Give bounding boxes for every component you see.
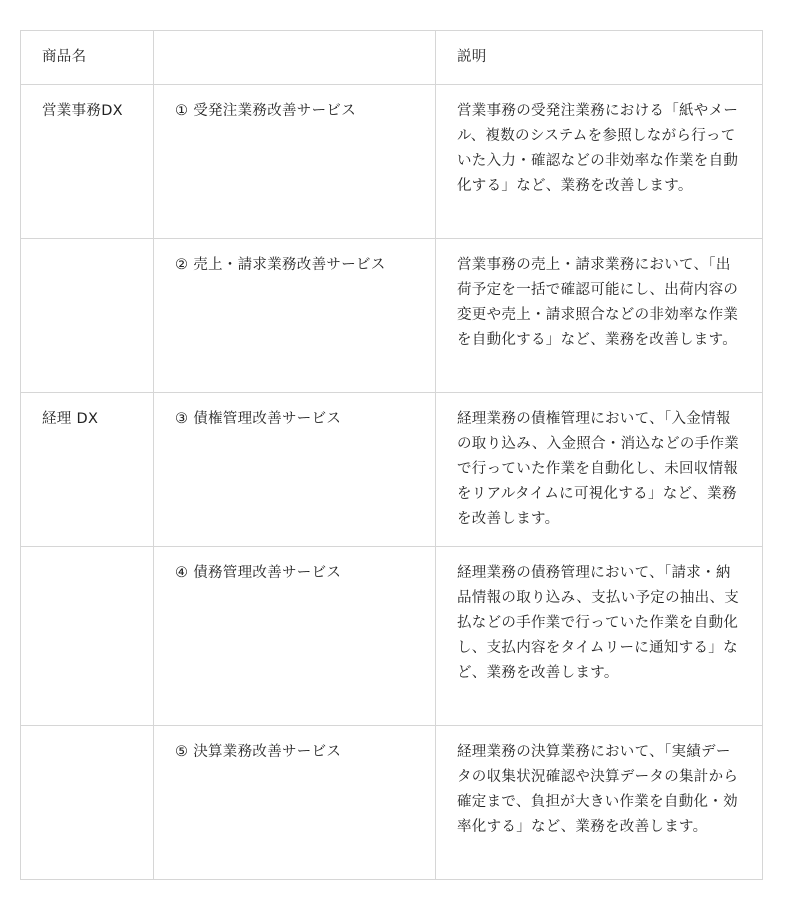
cell-service: ④ 債務管理改善サービス	[154, 547, 436, 726]
table-row: ② 売上・請求業務改善サービス 営業事務の売上・請求業務において、「出荷予定を一…	[21, 239, 763, 393]
table-row: 経理 DX ③ 債権管理改善サービス 経理業務の債権管理において、「入金情報の取…	[21, 393, 763, 547]
cell-product-name: 営業事務DX	[21, 85, 154, 239]
header-service	[154, 31, 436, 85]
cell-service: ② 売上・請求業務改善サービス	[154, 239, 436, 393]
table-row: ④ 債務管理改善サービス 経理業務の債務管理において、「請求・納品情報の取り込み…	[21, 547, 763, 726]
cell-service: ① 受発注業務改善サービス	[154, 85, 436, 239]
cell-product-name	[21, 239, 154, 393]
header-product-name: 商品名	[21, 31, 154, 85]
cell-description: 営業事務の受発注業務における「紙やメール、複数のシステムを参照しながら行っていた…	[436, 85, 763, 239]
product-service-table: 商品名 説明 営業事務DX ① 受発注業務改善サービス 営業事務の受発注業務にお…	[20, 30, 763, 880]
cell-product-name	[21, 547, 154, 726]
cell-description: 経理業務の決算業務において、「実績データの収集状況確認や決算データの集計から確定…	[436, 726, 763, 880]
cell-description: 営業事務の売上・請求業務において、「出荷予定を一括で確認可能にし、出荷内容の変更…	[436, 239, 763, 393]
table-body: 営業事務DX ① 受発注業務改善サービス 営業事務の受発注業務における「紙やメー…	[21, 85, 763, 880]
table-row: ⑤ 決算業務改善サービス 経理業務の決算業務において、「実績データの収集状況確認…	[21, 726, 763, 880]
header-row: 商品名 説明	[21, 31, 763, 85]
cell-description: 経理業務の債権管理において、「入金情報の取り込み、入金照合・消込などの手作業で行…	[436, 393, 763, 547]
cell-product-name: 経理 DX	[21, 393, 154, 547]
cell-product-name	[21, 726, 154, 880]
cell-service: ⑤ 決算業務改善サービス	[154, 726, 436, 880]
table-header: 商品名 説明	[21, 31, 763, 85]
cell-description: 経理業務の債務管理において、「請求・納品情報の取り込み、支払い予定の抽出、支払な…	[436, 547, 763, 726]
header-description: 説明	[436, 31, 763, 85]
cell-service: ③ 債権管理改善サービス	[154, 393, 436, 547]
table-row: 営業事務DX ① 受発注業務改善サービス 営業事務の受発注業務における「紙やメー…	[21, 85, 763, 239]
